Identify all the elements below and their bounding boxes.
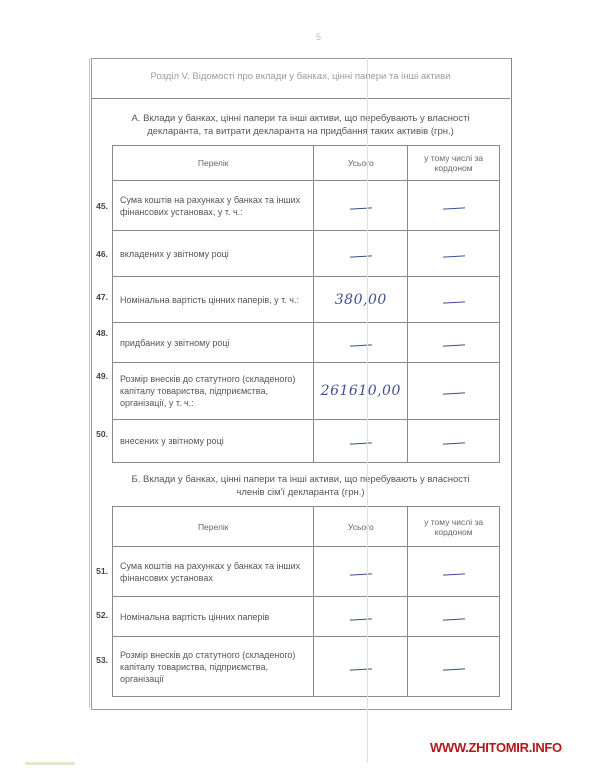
col-header-list: Перелік bbox=[113, 146, 314, 181]
row-label: Сума коштів на рахунках у банках та інши… bbox=[113, 181, 314, 231]
row-label: Номінальна вартість цінних паперів bbox=[113, 597, 314, 637]
handwritten-dash bbox=[443, 442, 465, 444]
row-abroad bbox=[408, 547, 500, 597]
handwritten-dash bbox=[350, 618, 372, 620]
row-number: 48. bbox=[88, 328, 108, 338]
section-title: Розділ V. Відомості про вклади у банках,… bbox=[91, 58, 510, 99]
table-row: Сума коштів на рахунках у банках та інши… bbox=[113, 181, 500, 231]
row-abroad bbox=[408, 420, 500, 463]
table-row: вкладених у звітному році bbox=[113, 231, 500, 277]
col-header-list: Перелік bbox=[113, 507, 314, 547]
table-header: Перелік Усього у тому числі за кордоном bbox=[113, 146, 500, 181]
row-number: 50. bbox=[88, 429, 108, 439]
row-abroad bbox=[408, 597, 500, 637]
row-abroad bbox=[408, 363, 500, 420]
row-label: Розмір внесків до статутного (складеного… bbox=[113, 363, 314, 420]
table-row: Розмір внесків до статутного (складеного… bbox=[113, 637, 500, 697]
table-row: Номінальна вартість цінних паперів, у т.… bbox=[113, 277, 500, 323]
row-abroad bbox=[408, 277, 500, 323]
col-header-abroad: у тому числі за кордоном bbox=[408, 507, 500, 547]
row-number: 46. bbox=[88, 249, 108, 259]
handwritten-dash bbox=[350, 207, 372, 209]
row-abroad bbox=[408, 231, 500, 277]
handwritten-dash bbox=[350, 255, 372, 257]
handwritten-value: 261610,00 bbox=[321, 383, 401, 399]
row-label: Розмір внесків до статутного (складеного… bbox=[113, 637, 314, 697]
row-number: 53. bbox=[88, 655, 108, 665]
row-label: внесених у звітному році bbox=[113, 420, 314, 463]
handwritten-dash bbox=[350, 573, 372, 575]
row-label: Сума коштів на рахунках у банках та інши… bbox=[113, 547, 314, 597]
row-total bbox=[314, 231, 408, 277]
handwritten-dash bbox=[443, 301, 465, 303]
handwritten-dash bbox=[443, 344, 465, 346]
handwritten-dash bbox=[443, 255, 465, 257]
part-a-heading-line1: А. Вклади у банках, цінні папери та інші… bbox=[91, 112, 510, 125]
row-number: 52. bbox=[88, 610, 108, 620]
table-row: придбаних у звітному році bbox=[113, 323, 500, 363]
scan-artifact-line bbox=[367, 58, 368, 763]
col-header-total: Усього bbox=[314, 146, 408, 181]
handwritten-value: 380,00 bbox=[335, 292, 387, 308]
page-number: 5 bbox=[316, 32, 321, 42]
site-watermark: WWW.ZHITOMIR.INFO bbox=[430, 740, 562, 755]
row-label: вкладених у звітному році bbox=[113, 231, 314, 277]
row-total bbox=[314, 420, 408, 463]
row-total bbox=[314, 547, 408, 597]
part-a-heading-line2: декларанта, та витрати декларанта на при… bbox=[91, 125, 510, 138]
table-row: Розмір внесків до статутного (складеного… bbox=[113, 363, 500, 420]
handwritten-dash bbox=[443, 668, 465, 670]
row-label: придбаних у звітному році bbox=[113, 323, 314, 363]
part-b-heading: Б. Вклади у банках, цінні папери та інші… bbox=[91, 473, 510, 499]
row-number: 47. bbox=[88, 292, 108, 302]
handwritten-dash bbox=[350, 344, 372, 346]
row-number: 51. bbox=[88, 566, 108, 576]
row-abroad bbox=[408, 323, 500, 363]
row-label: Номінальна вартість цінних паперів, у т.… bbox=[113, 277, 314, 323]
part-b-heading-line2: членів сім'ї декларанта (грн.) bbox=[91, 486, 510, 499]
handwritten-dash bbox=[443, 573, 465, 575]
handwritten-dash bbox=[443, 618, 465, 620]
part-b-heading-line1: Б. Вклади у банках, цінні папери та інші… bbox=[91, 473, 510, 486]
row-number: 49. bbox=[88, 371, 108, 381]
col-header-total: Усього bbox=[314, 507, 408, 547]
row-total bbox=[314, 181, 408, 231]
table-row: Номінальна вартість цінних паперів bbox=[113, 597, 500, 637]
handwritten-dash bbox=[443, 392, 465, 394]
col-header-abroad: у тому числі за кордоном bbox=[408, 146, 500, 181]
row-total bbox=[314, 597, 408, 637]
table-row: Сума коштів на рахунках у банках та інши… bbox=[113, 547, 500, 597]
table-header: Перелік Усього у тому числі за кордоном bbox=[113, 507, 500, 547]
part-a-table: Перелік Усього у тому числі за кордоном … bbox=[112, 145, 500, 463]
part-a-heading: А. Вклади у банках, цінні папери та інші… bbox=[91, 112, 510, 138]
handwritten-dash bbox=[350, 668, 372, 670]
handwritten-dash bbox=[350, 442, 372, 444]
part-b-table: Перелік Усього у тому числі за кордоном … bbox=[112, 506, 500, 697]
row-total bbox=[314, 323, 408, 363]
row-number: 45. bbox=[88, 201, 108, 211]
row-total bbox=[314, 637, 408, 697]
row-total: 261610,00 bbox=[314, 363, 408, 420]
scan-artifact-mark bbox=[25, 762, 75, 765]
table-row: внесених у звітному році bbox=[113, 420, 500, 463]
handwritten-dash bbox=[443, 207, 465, 209]
row-abroad bbox=[408, 181, 500, 231]
row-total: 380,00 bbox=[314, 277, 408, 323]
row-abroad bbox=[408, 637, 500, 697]
